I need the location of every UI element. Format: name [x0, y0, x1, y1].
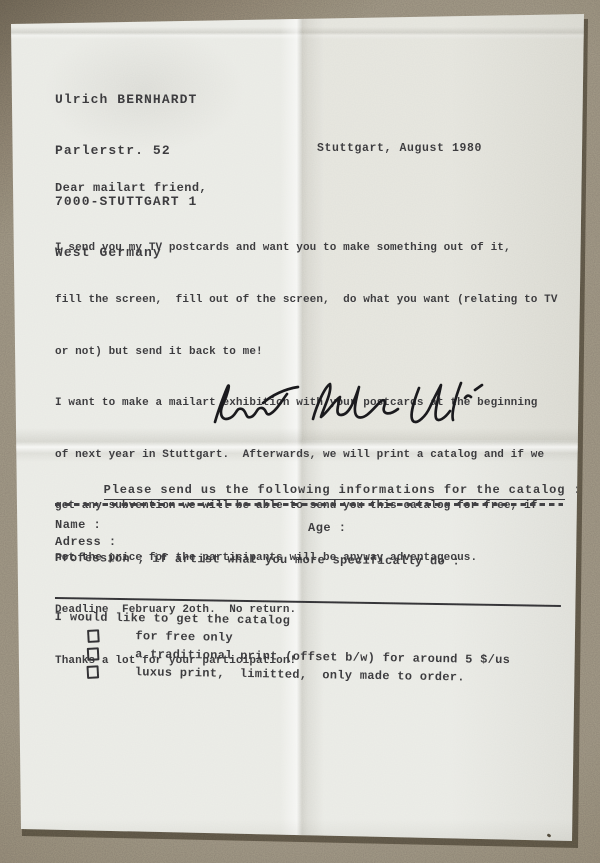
- option-label-free: for free only: [135, 629, 233, 645]
- address-field-label: Adress :: [55, 535, 117, 549]
- salutation: Dear mailart friend,: [55, 181, 207, 195]
- body-line: fill the screen, fill out of the screen,…: [55, 292, 558, 309]
- checkbox-icon: [86, 665, 99, 679]
- age-field-label: Age :: [308, 521, 347, 535]
- checkbox-icon: [87, 629, 100, 643]
- body-line: of next year in Stuttgart. Afterwards, w…: [55, 447, 558, 464]
- photo-of-letter: Ulrich BERNHARDT Parlerstr. 52 7000-STUT…: [0, 0, 600, 863]
- date-line: Stuttgart, August 1980: [317, 142, 482, 155]
- letter-paper: Ulrich BERNHARDT Parlerstr. 52 7000-STUT…: [0, 0, 600, 863]
- option-label-offset-print: a traditional print (offset b/w) for aro…: [135, 647, 510, 667]
- name-field-label: Name :: [55, 518, 101, 532]
- top-fold-crease: [0, 27, 600, 39]
- paper-speck: [547, 833, 552, 838]
- body-line: I send you my TV postcards and want you …: [55, 240, 558, 257]
- form-heading-underlined: Please send us the following information…: [104, 483, 566, 500]
- sender-name: Ulrich BERNHARDT: [55, 91, 197, 108]
- body-line: or not) but send it back to me!: [55, 344, 558, 361]
- sender-street: Parlerstr. 52: [55, 142, 197, 159]
- signature-handwriting: [203, 368, 488, 442]
- dashed-separator: [55, 503, 563, 506]
- catalog-options-section: I would like to get the catalog for free…: [54, 597, 567, 686]
- checkbox-icon: [87, 647, 100, 661]
